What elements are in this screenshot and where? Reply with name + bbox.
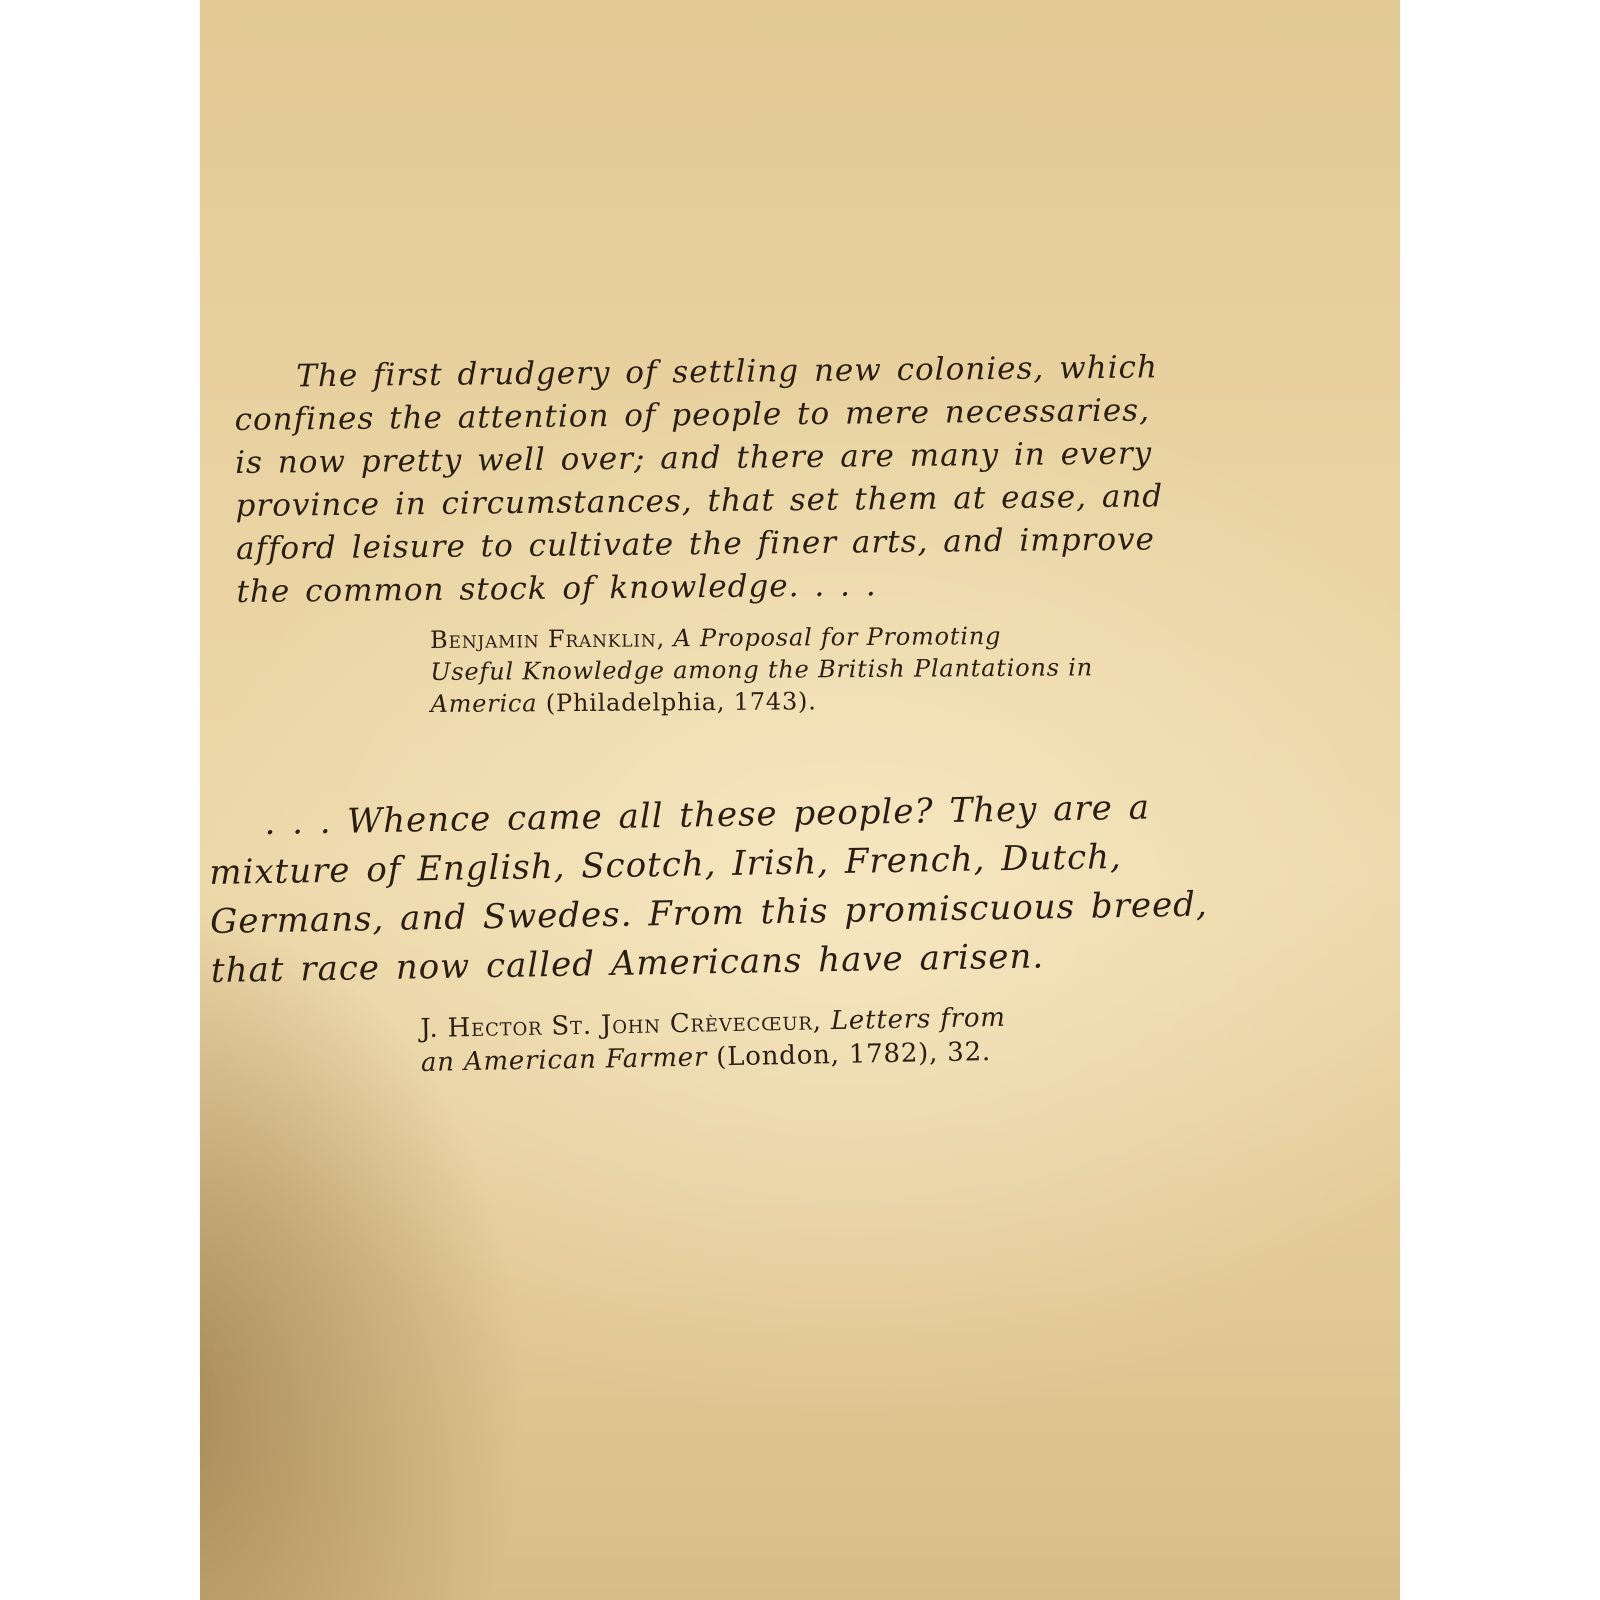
- citation-author: Benjamin Franklin,: [430, 624, 665, 654]
- citation-author: J. Hector St. John Crèvecœur,: [420, 1006, 822, 1044]
- franklin-citation: Benjamin Franklin, A Proposal for Promot…: [430, 619, 1093, 720]
- citation-title: Useful Knowledge among the British Plant…: [430, 651, 1093, 688]
- franklin-quote: The first drudgery of settling new colon…: [234, 346, 1164, 614]
- citation-title: America: [430, 689, 537, 718]
- crevecoeur-citation: J. Hector St. John Crèvecœur, Letters fr…: [420, 1001, 1007, 1080]
- citation-title: A Proposal for Promoting: [673, 622, 1001, 652]
- citation-title: Letters from: [831, 1003, 1006, 1036]
- citation-title: an American Farmer: [421, 1042, 708, 1077]
- crevecoeur-quote: . . . Whence came all these people? They…: [208, 783, 1209, 996]
- citation-publication: (London, 1782), 32.: [716, 1037, 991, 1072]
- citation-publication: (Philadelphia, 1743).: [546, 687, 817, 717]
- quote-line: the common stock of knowledge. . . .: [236, 561, 1164, 614]
- book-page: The first drudgery of settling new colon…: [200, 0, 1400, 1600]
